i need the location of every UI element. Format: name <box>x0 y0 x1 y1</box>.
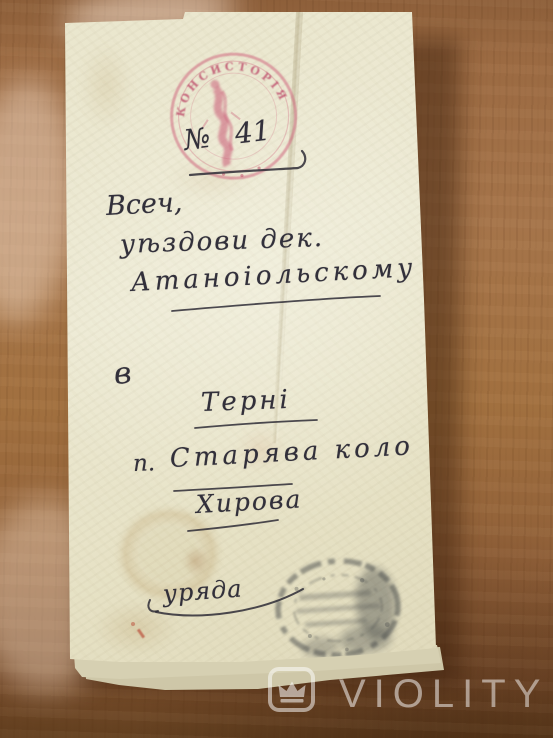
auction-photo: КОНСИСТОРІЯ № 41 Всеч, уѣздови дек. Атан… <box>0 0 553 738</box>
address-line-abbr: п. <box>133 452 156 476</box>
stain <box>70 28 142 143</box>
address-line-office: уѣздови дек. <box>120 225 325 258</box>
address-line-district: Хирова <box>195 486 303 517</box>
red-ink-speck <box>131 622 135 626</box>
bottom-note: уряда <box>162 576 243 606</box>
address-line-preposition: в <box>113 359 133 390</box>
crown-icon <box>277 680 307 704</box>
address-line-town: Терні <box>201 387 292 416</box>
address-line-salutation: Всеч, <box>105 189 183 220</box>
stain <box>178 540 214 582</box>
watermark-brand-text: VIOLITY <box>339 672 548 717</box>
violity-crown-badge <box>268 667 315 712</box>
